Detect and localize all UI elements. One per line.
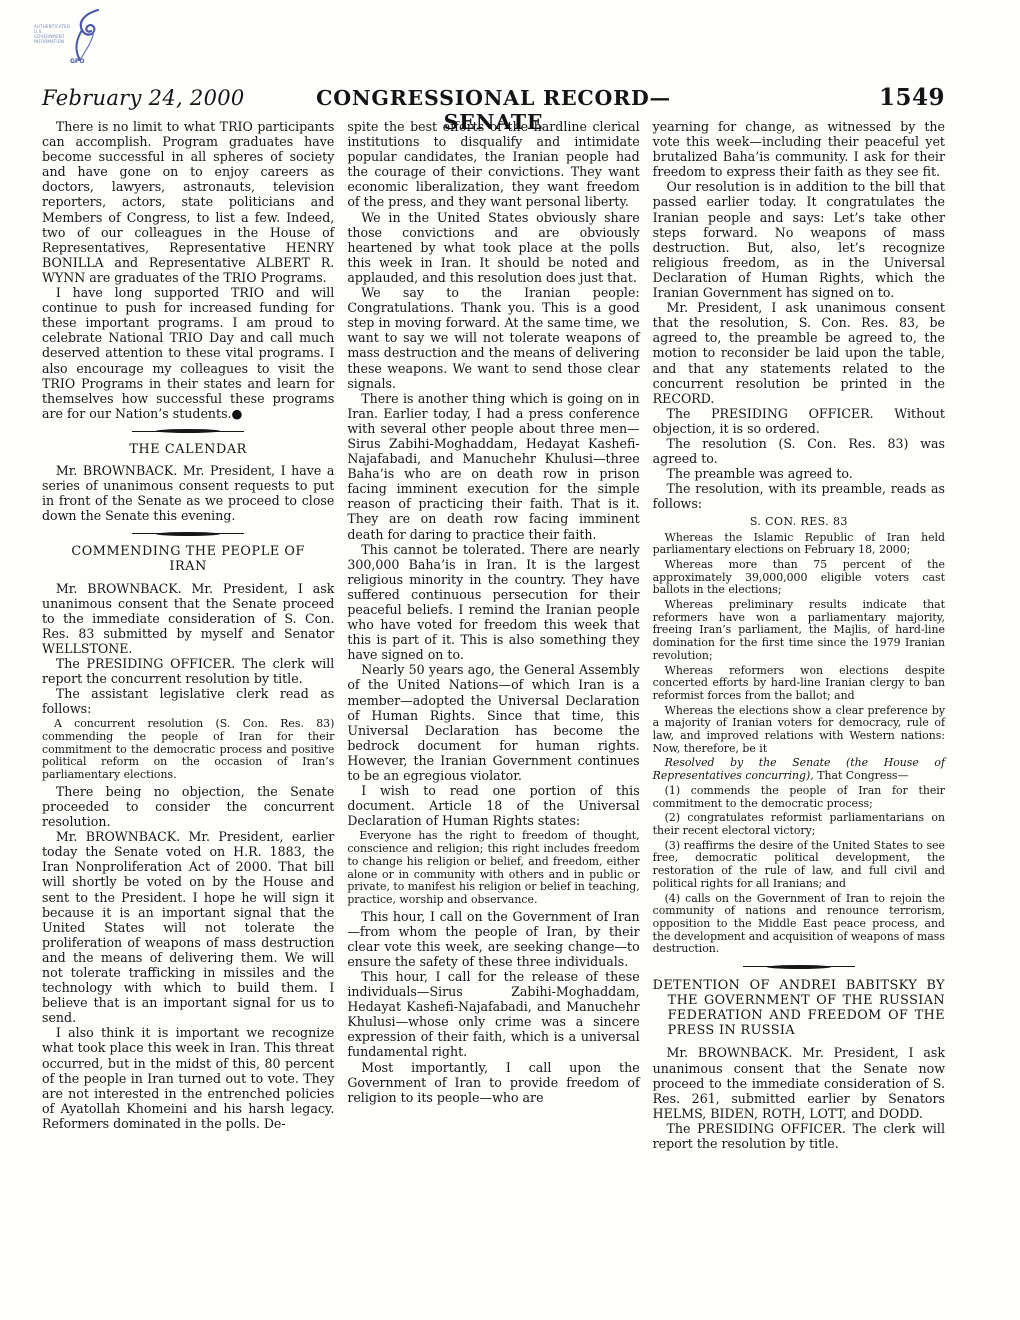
paragraph: This hour, I call for the release of the… <box>347 969 639 1060</box>
section-divider <box>132 530 244 537</box>
gpo-authentication-seal: AUTHENTICATED U.S. GOVERNMENT INFORMATIO… <box>34 6 114 70</box>
quoted-small-text: A concurrent resolution (S. Con. Res. 83… <box>42 718 334 782</box>
paragraph: Mr. BROWNBACK. Mr. President, I have a s… <box>42 463 334 523</box>
quoted-small-text: (3) reaffirms the desire of the United S… <box>653 840 945 891</box>
paragraph: Mr. BROWNBACK. Mr. President, earlier to… <box>42 829 334 1025</box>
paragraph: We say to the Iranian people: Congratula… <box>347 285 639 391</box>
continued-paragraph: spite the best efforts of the hardline c… <box>347 119 639 210</box>
paragraph: The resolution, with its preamble, reads… <box>653 481 945 511</box>
paragraph: Mr. BROWNBACK. Mr. President, I ask unan… <box>653 1045 945 1120</box>
paragraph: I have long supported TRIO and will cont… <box>42 285 334 421</box>
section-divider <box>132 428 244 435</box>
paragraph: Mr. President, I ask unanimous consent t… <box>653 300 945 406</box>
gpo-eagle-swoosh-icon <box>64 6 106 64</box>
paragraph: There being no objection, the Senate pro… <box>42 784 334 829</box>
resolution-number: S. CON. RES. 83 <box>653 514 945 529</box>
resolved-clause: Resolved by the Senate (the House of Rep… <box>653 757 945 782</box>
quoted-small-text: Whereas the elections show a clear prefe… <box>653 705 945 756</box>
paragraph: Nearly 50 years ago, the General Assembl… <box>347 662 639 783</box>
paragraph: The PRESIDING OFFICER. The clerk will re… <box>42 656 334 686</box>
paragraph: The preamble was agreed to. <box>653 466 945 481</box>
section-heading: THE CALENDAR <box>56 442 320 457</box>
quoted-small-text: Whereas preliminary results indicate tha… <box>653 599 945 663</box>
paragraph: The PRESIDING OFFICER. The clerk will re… <box>653 1121 945 1151</box>
page-header: February 24, 2000 CONGRESSIONAL RECORD—S… <box>42 84 945 118</box>
paragraph: The assistant legislative clerk read as … <box>42 686 334 716</box>
section-heading: COMMENDING THE PEOPLE OF IRAN <box>56 544 320 574</box>
paragraph: There is another thing which is going on… <box>347 391 639 542</box>
issue-date: February 24, 2000 <box>42 86 268 110</box>
paragraph: Our resolution is in addition to the bil… <box>653 179 945 300</box>
text-column-3: yearning for change, as witnessed by the… <box>653 119 945 1151</box>
quoted-small-text: (2) congratulates reformist parliamentar… <box>653 812 945 837</box>
text-column-2: spite the best efforts of the hardline c… <box>347 119 639 1151</box>
paragraph: Mr. BROWNBACK. Mr. President, I ask unan… <box>42 581 334 656</box>
paragraph: I also think it is important we recogniz… <box>42 1025 334 1131</box>
section-divider <box>743 963 855 970</box>
paragraph: There is no limit to what TRIO participa… <box>42 119 334 285</box>
paragraph: This hour, I call on the Government of I… <box>347 909 639 969</box>
resolved-clause-roman: That Congress— <box>814 769 909 782</box>
gpo-seal-label: GPO <box>70 58 84 65</box>
quoted-small-text: Whereas more than 75 percent of the appr… <box>653 559 945 597</box>
quoted-small-text: (4) calls on the Government of Iran to r… <box>653 893 945 957</box>
quoted-small-text: Everyone has the right to freedom of tho… <box>347 830 639 906</box>
section-heading: DETENTION OF ANDREI BABITSKY BY THE GOVE… <box>653 978 945 1038</box>
paragraph: We in the United States obviously share … <box>347 210 639 285</box>
paragraph: This cannot be tolerated. There are near… <box>347 542 639 663</box>
page-number: 1549 <box>719 84 945 111</box>
quoted-small-text: Whereas the Islamic Republic of Iran hel… <box>653 532 945 557</box>
text-column-1: There is no limit to what TRIO participa… <box>42 119 334 1151</box>
quoted-small-text: Whereas reformers won elections despite … <box>653 665 945 703</box>
congressional-record-page: AUTHENTICATED U.S. GOVERNMENT INFORMATIO… <box>0 0 1020 1320</box>
paragraph: I wish to read one portion of this docum… <box>347 783 639 828</box>
paragraph: Most importantly, I call upon the Govern… <box>347 1060 639 1105</box>
quoted-small-text: (1) commends the people of Iran for thei… <box>653 785 945 810</box>
page-body: There is no limit to what TRIO participa… <box>42 119 945 1151</box>
continued-paragraph: yearning for change, as witnessed by the… <box>653 119 945 179</box>
paragraph: The resolution (S. Con. Res. 83) was agr… <box>653 436 945 466</box>
paragraph: The PRESIDING OFFICER. Without objection… <box>653 406 945 436</box>
